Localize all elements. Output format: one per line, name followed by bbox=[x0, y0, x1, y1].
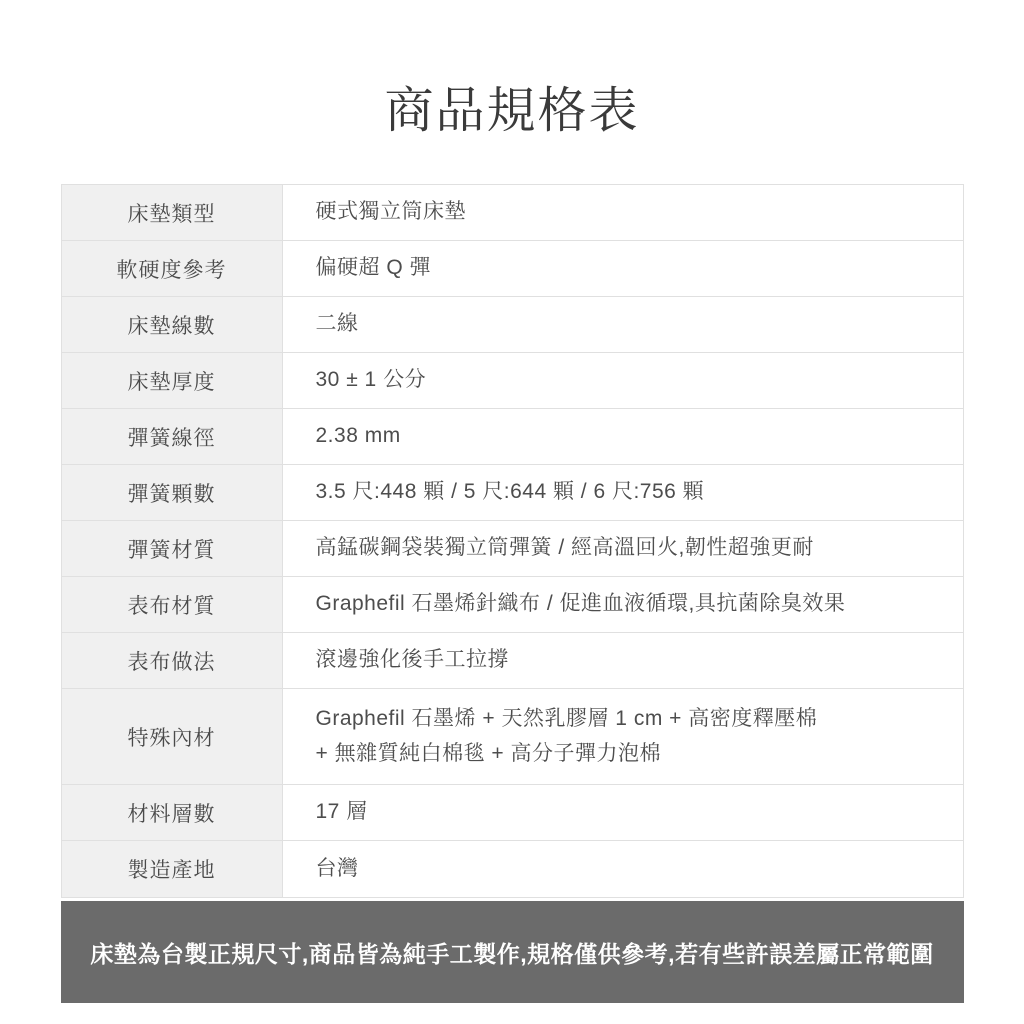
table-row: 表布材質 Graphefil 石墨烯針織布 / 促進血液循環,具抗菌除臭效果 bbox=[62, 577, 963, 633]
row-value: 30 ± 1 公分 bbox=[283, 353, 963, 408]
spec-table: 床墊類型 硬式獨立筒床墊 軟硬度參考 偏硬超 Q 彈 床墊線數 二線 床墊厚度 … bbox=[61, 184, 964, 898]
table-row: 軟硬度參考 偏硬超 Q 彈 bbox=[62, 241, 963, 297]
row-label: 製造產地 bbox=[62, 841, 283, 897]
row-label: 材料層數 bbox=[62, 785, 283, 840]
page-title: 商品規格表 bbox=[0, 72, 1024, 142]
product-spec-page: 商品規格表 床墊類型 硬式獨立筒床墊 軟硬度參考 偏硬超 Q 彈 床墊線數 二線… bbox=[0, 0, 1024, 1024]
table-row: 彈簧顆數 3.5 尺:448 顆 / 5 尺:644 顆 / 6 尺:756 顆 bbox=[62, 465, 963, 521]
row-value: 2.38 mm bbox=[283, 409, 963, 464]
table-row: 床墊類型 硬式獨立筒床墊 bbox=[62, 185, 963, 241]
row-label: 彈簧材質 bbox=[62, 521, 283, 576]
table-row: 床墊線數 二線 bbox=[62, 297, 963, 353]
table-row: 特殊內材 Graphefil 石墨烯 + 天然乳膠層 1 cm + 高密度釋壓棉… bbox=[62, 689, 963, 785]
table-row: 製造產地 台灣 bbox=[62, 841, 963, 897]
row-label: 表布做法 bbox=[62, 633, 283, 688]
row-label: 床墊線數 bbox=[62, 297, 283, 352]
row-value: 台灣 bbox=[283, 841, 963, 897]
table-row: 彈簧材質 高錳碳鋼袋裝獨立筒彈簧 / 經高溫回火,韌性超強更耐 bbox=[62, 521, 963, 577]
row-value: 17 層 bbox=[283, 785, 963, 840]
table-row: 床墊厚度 30 ± 1 公分 bbox=[62, 353, 963, 409]
row-label: 彈簧線徑 bbox=[62, 409, 283, 464]
row-value: 滾邊強化後手工拉撐 bbox=[283, 633, 963, 688]
row-value: Graphefil 石墨烯針織布 / 促進血液循環,具抗菌除臭效果 bbox=[283, 577, 963, 632]
row-value: 二線 bbox=[283, 297, 963, 352]
footer-note: 床墊為台製正規尺寸,商品皆為純手工製作,規格僅供參考,若有些許誤差屬正常範圍 bbox=[90, 936, 933, 969]
row-value: 高錳碳鋼袋裝獨立筒彈簧 / 經高溫回火,韌性超強更耐 bbox=[283, 521, 963, 576]
row-label: 特殊內材 bbox=[62, 689, 283, 784]
row-value: Graphefil 石墨烯 + 天然乳膠層 1 cm + 高密度釋壓棉 + 無雜… bbox=[283, 689, 963, 784]
table-row: 彈簧線徑 2.38 mm bbox=[62, 409, 963, 465]
row-label: 軟硬度參考 bbox=[62, 241, 283, 296]
table-row: 材料層數 17 層 bbox=[62, 785, 963, 841]
row-value: 偏硬超 Q 彈 bbox=[283, 241, 963, 296]
table-row: 表布做法 滾邊強化後手工拉撐 bbox=[62, 633, 963, 689]
row-value: 3.5 尺:448 顆 / 5 尺:644 顆 / 6 尺:756 顆 bbox=[283, 465, 963, 520]
row-label: 床墊厚度 bbox=[62, 353, 283, 408]
row-value: 硬式獨立筒床墊 bbox=[283, 185, 963, 240]
row-label: 表布材質 bbox=[62, 577, 283, 632]
footer-note-bar: 床墊為台製正規尺寸,商品皆為純手工製作,規格僅供參考,若有些許誤差屬正常範圍 bbox=[61, 901, 964, 1003]
row-label: 床墊類型 bbox=[62, 185, 283, 240]
row-label: 彈簧顆數 bbox=[62, 465, 283, 520]
